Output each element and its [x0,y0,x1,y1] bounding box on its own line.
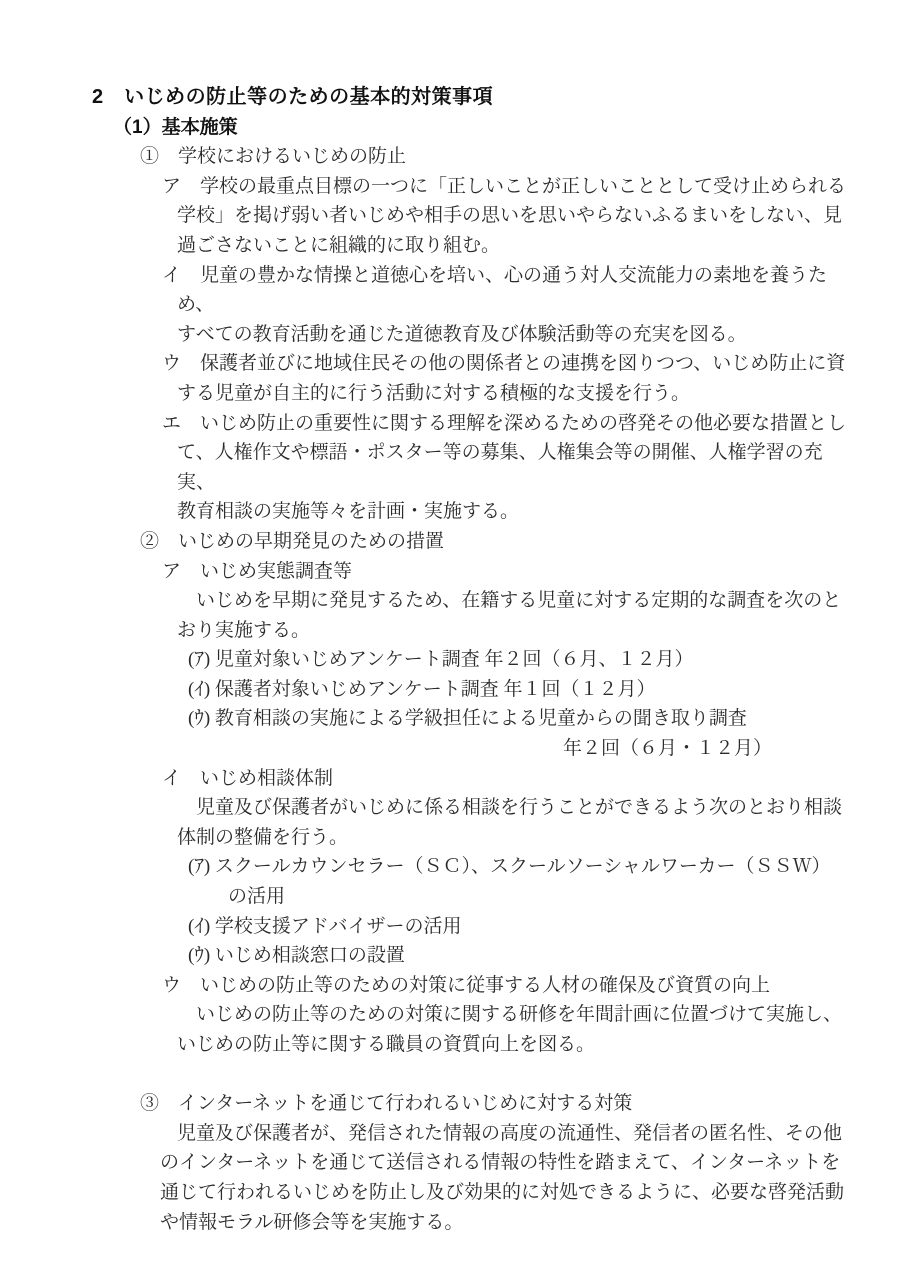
section2-item-i-body: 児童及び保護者がいじめに係る相談を行うことができるよう次のとおり相談 体制の整備… [92,793,848,852]
document-page: 2 いじめの防止等のための基本的対策事項 （1）基本施策 ① 学校におけるいじめ… [0,0,904,1280]
section2-item-a-sub3-continuation: 年２回（６月・１２月） [92,734,848,764]
section2-item-i-heading: イ いじめ相談体制 [92,764,848,794]
doc-heading: 2 いじめの防止等のための基本的対策事項 [92,83,848,113]
section2-item-a-heading: ア いじめ実態調査等 [92,557,848,587]
section1-item-a: ア 学校の最重点目標の一つに「正しいことが正しいこととして受け止められる 学校」… [92,172,848,261]
section2-item-a-sub3: (ｳ) 教育相談の実施による学級担任による児童からの聞き取り調査 [92,704,848,734]
section3-heading: ③ インターネットを通じて行われるいじめに対する対策 [92,1089,848,1119]
section2-item-i-sub3: (ｳ) いじめ相談窓口の設置 [92,941,848,971]
section1-item-e: エ いじめ防止の重要性に関する理解を深めるための啓発その他必要な措置とし て、人… [92,409,848,527]
section1-item-u: ウ 保護者並びに地域住民その他の関係者との連携を図りつつ、いじめ防止に資 する児… [92,349,848,408]
section2-item-a-sub1: (ｱ) 児童対象いじめアンケート調査 年２回（６月、１２月） [92,645,848,675]
section2-item-i-sub2: (ｲ) 学校支援アドバイザーの活用 [92,912,848,942]
section2-item-i-sub1: (ｱ) スクールカウンセラー（ＳＣ）、スクールソーシャルワーカー（ＳＳＷ） の活… [92,852,848,911]
section2-item-u-heading: ウ いじめの防止等のための対策に従事する人材の確保及び資質の向上 [92,971,848,1001]
section2-item-u-body: いじめの防止等のための対策に関する研修を年間計画に位置づけて実施し、 いじめの防… [92,1000,848,1059]
section3-body: 児童及び保護者が、発信された情報の高度の流通性、発信者の匿名性、その他 のインタ… [92,1119,848,1237]
section1-heading: ① 学校におけるいじめの防止 [92,142,848,172]
section1-item-i: イ 児童の豊かな情操と道徳心を培い、心の通う対人交流能力の素地を養うため、 すべ… [92,261,848,350]
section2-item-a-sub2: (ｲ) 保護者対象いじめアンケート調査 年１回（１２月） [92,675,848,705]
doc-subheading: （1）基本施策 [92,113,848,143]
section2-item-a-body: いじめを早期に発見するため、在籍する児童に対する定期的な調査を次のと おり実施す… [92,586,848,645]
section2-heading: ② いじめの早期発見のための措置 [92,527,848,557]
